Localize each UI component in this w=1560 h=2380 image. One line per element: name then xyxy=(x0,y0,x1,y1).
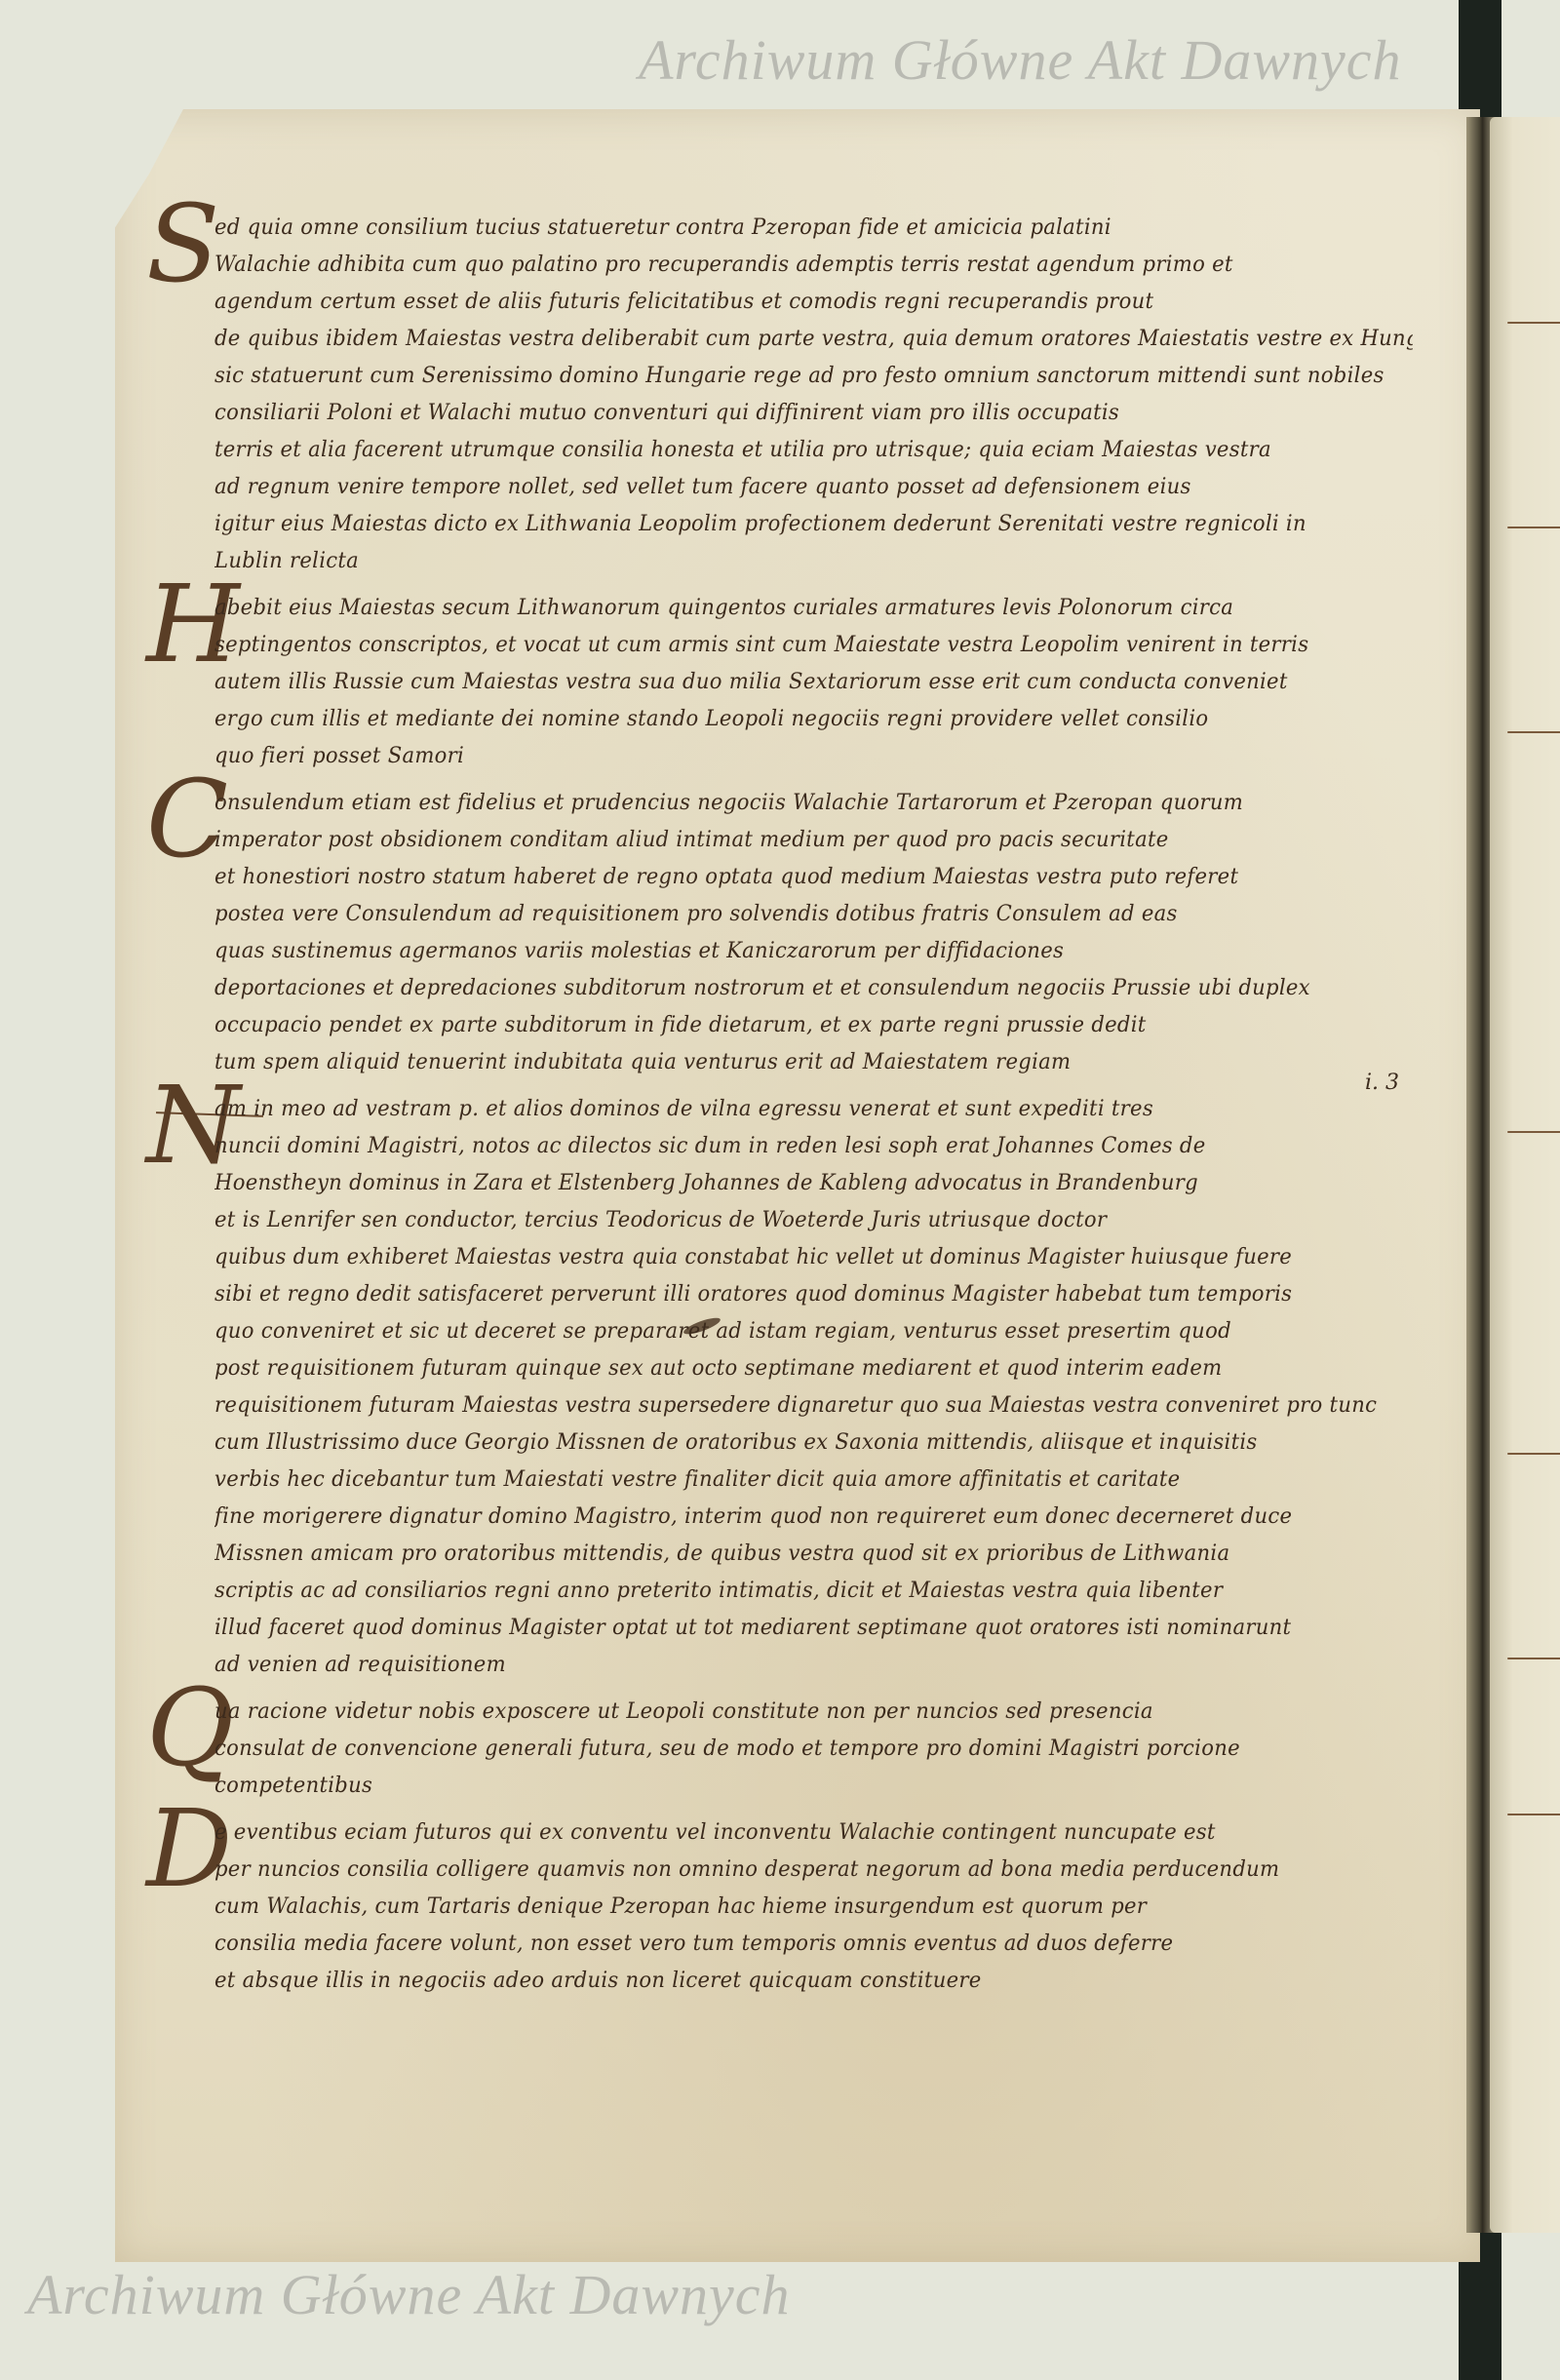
text-line: illud faceret quod dominus Magister opta… xyxy=(214,1610,1413,1647)
text-line: cum Illustrissimo duce Georgio Missnen d… xyxy=(214,1424,1413,1462)
text-line: verbis hec dicebantur tum Maiestati vest… xyxy=(214,1462,1413,1499)
text-line: autem illis Russie cum Maiestas vestra s… xyxy=(214,664,1413,701)
text-line: sic statuerunt cum Serenissimo domino Hu… xyxy=(214,358,1413,395)
paragraph-2: H abebit eius Maiestas secum Lithwanorum… xyxy=(214,590,1462,775)
text-line: deportaciones et depredaciones subditoru… xyxy=(214,970,1413,1007)
text-line: ad regnum venire tempore nollet, sed vel… xyxy=(214,469,1413,506)
text-line: abebit eius Maiestas secum Lithwanorum q… xyxy=(214,590,1413,627)
text-line: quo conveniret et sic ut deceret se prep… xyxy=(214,1313,1413,1350)
text-line: Missnen amicam pro oratoribus mittendis,… xyxy=(214,1536,1413,1573)
paragraph-1: S ed quia omne consilium tucius statuere… xyxy=(214,210,1462,580)
text-line: consulat de convencione generali futura,… xyxy=(214,1731,1413,1768)
paragraph-4: N am in meo ad vestram p. et alios domin… xyxy=(214,1091,1462,1684)
ink-flourish xyxy=(1507,1453,1560,1455)
text-line: ergo cum illis et mediante dei nomine st… xyxy=(214,701,1413,738)
text-line: tum spem aliquid tenuerint indubitata qu… xyxy=(214,1044,1413,1081)
ink-flourish xyxy=(1507,1814,1560,1815)
paragraph-6: D e eventibus eciam futuros qui ex conve… xyxy=(214,1814,1462,2000)
text-line: consilia media facere volunt, non esset … xyxy=(214,1926,1413,1963)
text-line: et absque illis in negociis adeo arduis … xyxy=(214,1963,1413,2000)
text-line: quas sustinemus agermanos variis molesti… xyxy=(214,933,1413,970)
text-line: agendum certum esset de aliis futuris fe… xyxy=(214,284,1413,321)
text-line: imperator post obsidionem conditam aliud… xyxy=(214,822,1413,859)
text-line: onsulendum etiam est fidelius et prudenc… xyxy=(214,785,1413,822)
text-line: sibi et regno dedit satisfaceret perveru… xyxy=(214,1276,1413,1313)
text-line: scriptis ac ad consiliarios regni anno p… xyxy=(214,1573,1413,1610)
text-line: ua racione videtur nobis exposcere ut Le… xyxy=(214,1694,1413,1731)
text-line: et honestiori nostro statum haberet de r… xyxy=(214,859,1413,896)
text-line: Walachie adhibita cum quo palatino pro r… xyxy=(214,247,1413,284)
ink-flourish xyxy=(1507,1658,1560,1659)
text-line: nuncii domini Magistri, notos ac dilecto… xyxy=(214,1128,1413,1165)
text-line: post requisitionem futuram quinque sex a… xyxy=(214,1350,1413,1387)
decorated-initial: S xyxy=(146,190,219,297)
ink-flourish xyxy=(1507,731,1560,733)
text-line: am in meo ad vestram p. et alios dominos… xyxy=(214,1091,1413,1128)
text-line: requisitionem futuram Maiestas vestra su… xyxy=(214,1387,1413,1424)
text-line: competentibus xyxy=(214,1768,1413,1805)
ink-flourish xyxy=(1507,322,1560,324)
text-line: de quibus ibidem Maiestas vestra deliber… xyxy=(214,321,1413,358)
paragraph-3: C onsulendum etiam est fidelius et prude… xyxy=(214,785,1462,1081)
text-line: igitur eius Maiestas dicto ex Lithwania … xyxy=(214,506,1413,543)
text-line: quo fieri posset Samori xyxy=(214,738,1413,775)
text-line: ad venien ad requisitionem xyxy=(214,1647,1413,1684)
ink-flourish xyxy=(1507,527,1560,528)
text-line: consiliarii Poloni et Walachi mutuo conv… xyxy=(214,395,1413,432)
text-line: Lublin relicta xyxy=(214,543,1413,580)
text-line: postea vere Consulendum ad requisitionem… xyxy=(214,896,1413,933)
text-line: cum Walachis, cum Tartaris denique Pzero… xyxy=(214,1889,1413,1926)
text-line: ed quia omne consilium tucius statueretu… xyxy=(214,210,1413,247)
text-line: Hoenstheyn dominus in Zara et Elstenberg… xyxy=(214,1165,1413,1202)
text-line: terris et alia facerent utrumque consili… xyxy=(214,432,1413,469)
facing-page-edge xyxy=(1490,117,1560,2233)
archive-watermark-bottom: Archiwum Główne Akt Dawnych xyxy=(27,2262,791,2327)
text-line: fine morigerere dignatur domino Magistro… xyxy=(214,1499,1413,1536)
text-line: per nuncios consilia colligere quamvis n… xyxy=(214,1852,1413,1889)
text-line: et is Lenrifer sen conductor, tercius Te… xyxy=(214,1202,1413,1239)
manuscript-text: S ed quia omne consilium tucius statuere… xyxy=(214,210,1462,2009)
ink-flourish xyxy=(1507,1131,1560,1133)
text-line: septingentos conscriptos, et vocat ut cu… xyxy=(214,627,1413,664)
text-line: e eventibus eciam futuros qui ex convent… xyxy=(214,1814,1413,1852)
paragraph-5: Q ua racione videtur nobis exposcere ut … xyxy=(214,1694,1462,1805)
archive-watermark-top: Archiwum Główne Akt Dawnych xyxy=(639,27,1402,93)
text-line: quibus dum exhiberet Maiestas vestra qui… xyxy=(214,1239,1413,1276)
text-line: occupacio pendet ex parte subditorum in … xyxy=(214,1007,1413,1044)
